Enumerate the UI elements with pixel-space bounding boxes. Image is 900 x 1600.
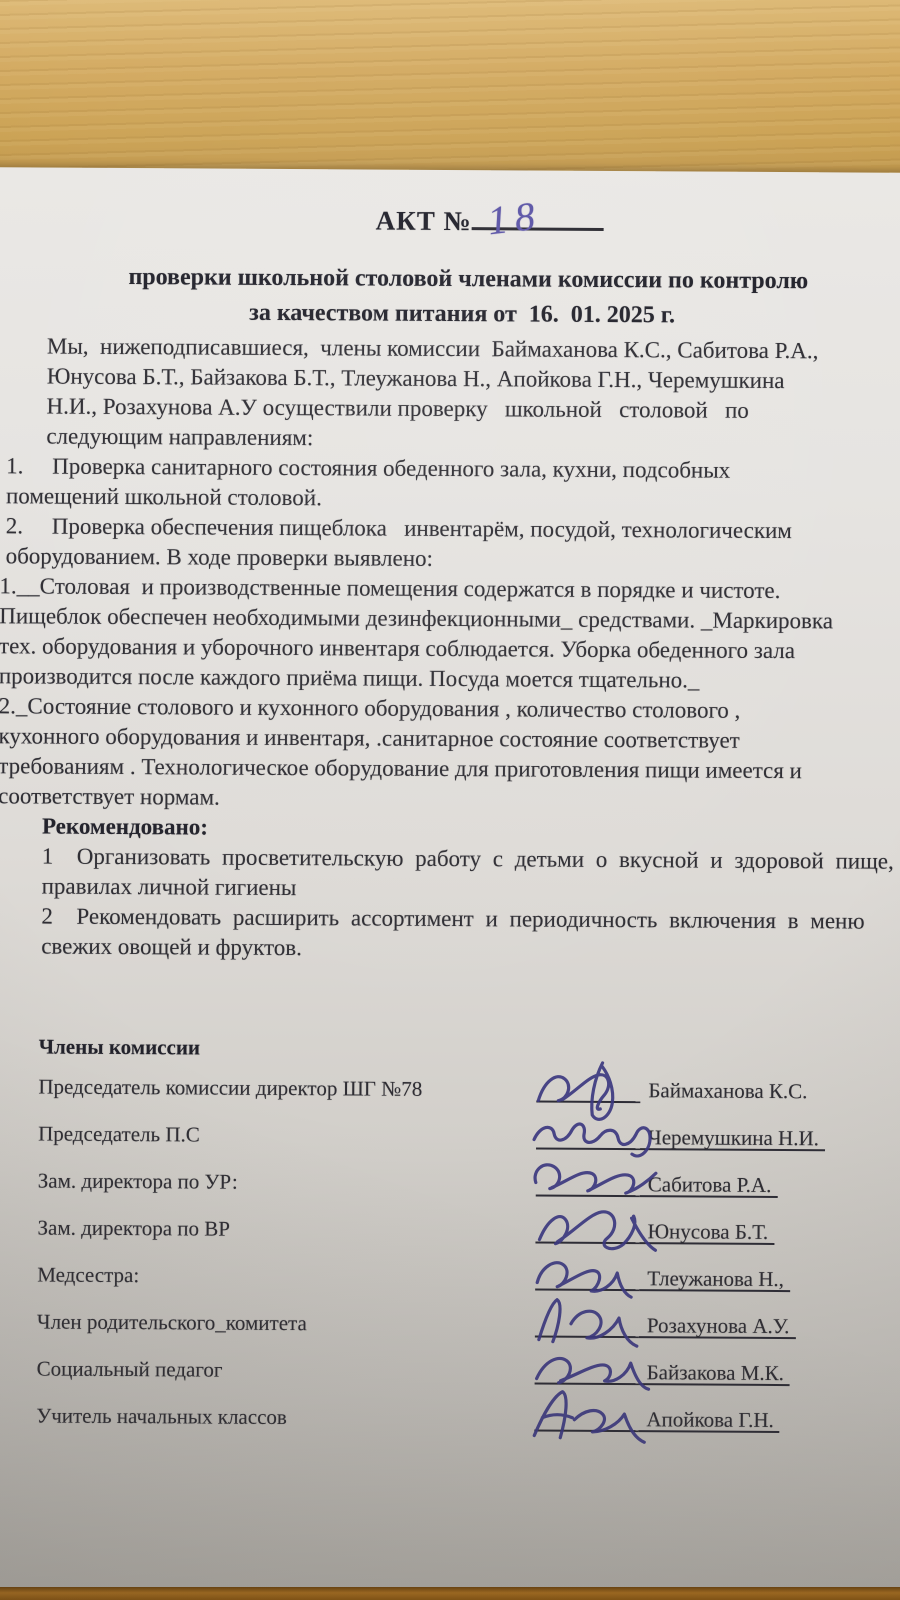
signature-line bbox=[535, 1312, 639, 1339]
recommendations-list: 1 Организовать просветительскую работу с… bbox=[41, 842, 900, 967]
signature-line bbox=[535, 1218, 639, 1245]
act-number-blank-line: 18 bbox=[472, 200, 604, 231]
title-prefix: АКТ № bbox=[376, 206, 472, 237]
document-subtitle: проверки школьной столовой членами комис… bbox=[0, 259, 900, 335]
document-title: АКТ №18 bbox=[0, 197, 900, 247]
signature-cell: Апойкова Г.Н. bbox=[534, 1406, 900, 1434]
signatory-name: Баймаханова К.С. bbox=[640, 1077, 813, 1104]
signatory-role: Учитель начальных классов bbox=[0, 1402, 534, 1431]
signatory-role: Председатель П.С bbox=[0, 1120, 536, 1149]
signature-line bbox=[536, 1124, 640, 1151]
signature-block: Председатель комиссии директор ШГ №78 Ба… bbox=[0, 1073, 900, 1455]
inspection-findings: 1.__Столовая и производственные помещени… bbox=[0, 571, 900, 817]
signature-line bbox=[535, 1359, 639, 1386]
signature-row: Председатель П.С Черемушкина Н.И. bbox=[0, 1120, 900, 1173]
inspection-directions-list: 1. Проверка санитарного состояния обеден… bbox=[6, 451, 900, 577]
subtitle-line-2: за качеством питания от 16. 01. 2025 г. bbox=[0, 294, 900, 335]
signatory-name: Черемушкина Н.И. bbox=[640, 1124, 825, 1151]
signature-line bbox=[535, 1265, 639, 1292]
commission-members-heading: Члены комиссии bbox=[39, 1032, 900, 1067]
signature-cell: Розахунова А.У. bbox=[535, 1312, 900, 1340]
signature-row: Член родительского_комитета Розахунова А… bbox=[0, 1308, 900, 1361]
signatory-role: Медсестра: bbox=[0, 1261, 535, 1290]
signatory-name: Апойкова Г.Н. bbox=[638, 1406, 780, 1433]
signature-row: Зам. директора по ВР Юнусова Б.Т. bbox=[0, 1214, 900, 1267]
signatory-name: Сабитова Р.А. bbox=[640, 1171, 778, 1198]
signature-cell: Черемушкина Н.И. bbox=[536, 1124, 900, 1152]
signatory-role: Член родительского_комитета bbox=[0, 1308, 535, 1337]
signature-line bbox=[536, 1171, 640, 1198]
document-content: АКТ №18 проверки школьной столовой члена… bbox=[0, 167, 900, 1599]
wood-grain-texture bbox=[0, 0, 900, 178]
signatory-role: Председатель комиссии директор ШГ №78 bbox=[0, 1073, 536, 1102]
document-page: АКТ №18 проверки школьной столовой члена… bbox=[0, 167, 900, 1599]
signature-row: Социальный педагог Байзакова М.К. bbox=[0, 1355, 900, 1408]
signature-line bbox=[534, 1406, 638, 1433]
signature-row: Председатель комиссии директор ШГ №78 Ба… bbox=[0, 1073, 900, 1126]
signature-line bbox=[536, 1077, 640, 1104]
signatory-role: Зам. директора по УР: bbox=[0, 1167, 536, 1196]
signature-row: Медсестра: Тлеужанова Н., bbox=[0, 1261, 900, 1314]
wooden-table-surface bbox=[0, 0, 900, 178]
signatory-name: Розахунова А.У. bbox=[639, 1312, 796, 1339]
signature-row: Учитель начальных классов Апойкова Г.Н. bbox=[0, 1402, 900, 1455]
signature-cell: Байзакова М.К. bbox=[535, 1359, 900, 1387]
signature-cell: Баймаханова К.С. bbox=[536, 1077, 900, 1105]
signatory-name: Юнусова Б.Т. bbox=[639, 1218, 774, 1245]
subtitle-line-1: проверки школьной столовой членами комис… bbox=[0, 259, 900, 300]
signatory-role: Зам. директора по ВР bbox=[0, 1214, 536, 1243]
signature-cell: Тлеужанова Н., bbox=[535, 1265, 900, 1293]
table-edge-strip bbox=[0, 1587, 900, 1600]
intro-paragraph: Мы, нижеподписавшиеся, члены комиссии Ба… bbox=[46, 332, 895, 457]
signatory-role: Социальный педагог bbox=[0, 1355, 535, 1384]
signature-row: Зам. директора по УР: Сабитова Р.А. bbox=[0, 1167, 900, 1220]
signature-cell: Сабитова Р.А. bbox=[536, 1171, 900, 1199]
recommendation-line: свежих овощей и фруктов. bbox=[41, 932, 900, 967]
signature-cell: Юнусова Б.Т. bbox=[535, 1218, 900, 1246]
signatory-name: Тлеужанова Н., bbox=[639, 1265, 790, 1292]
handwritten-act-number: 18 bbox=[486, 200, 543, 236]
signatory-name: Байзакова М.К. bbox=[639, 1359, 790, 1386]
